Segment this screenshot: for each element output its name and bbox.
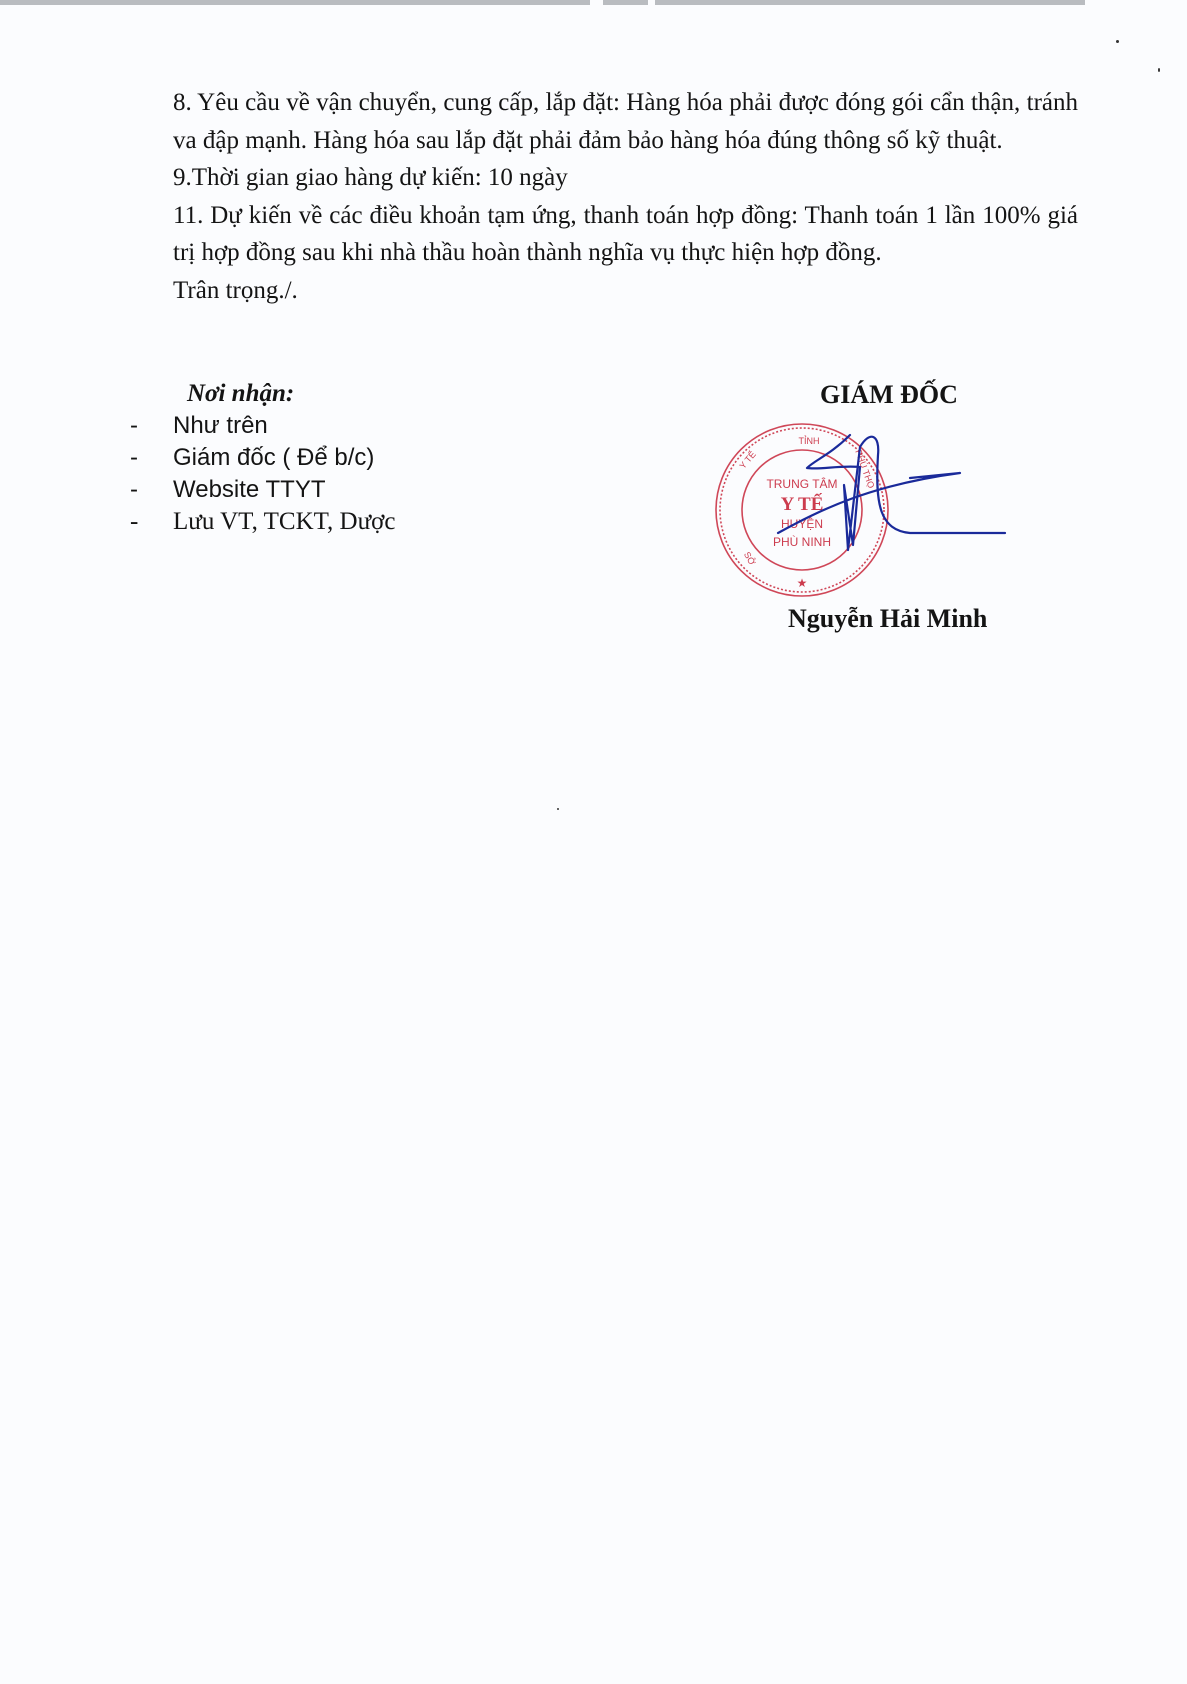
bullet-dash: - <box>130 442 173 474</box>
document-body: 8. Yêu cầu về vận chuyển, cung cấp, lắp … <box>173 84 1078 309</box>
svg-text:★: ★ <box>797 576 808 590</box>
svg-text:SỞ: SỞ <box>742 550 759 568</box>
recipients-section: Nơi nhận: -Như trên -Giám đốc ( Để b/c) … <box>130 378 395 538</box>
recipient-item: -Giám đốc ( Để b/c) <box>130 442 395 474</box>
closing-salutation: Trân trọng./. <box>173 272 1078 310</box>
paragraph-delivery-time: 9.Thời gian giao hàng dự kiến: 10 ngày <box>173 159 1078 197</box>
bullet-dash: - <box>130 506 173 538</box>
paragraph-delivery-requirements: 8. Yêu cầu về vận chuyển, cung cấp, lắp … <box>173 84 1078 159</box>
recipient-item: -Website TTYT <box>130 474 395 506</box>
recipients-title: Nơi nhận: <box>187 378 395 410</box>
handwritten-signature-icon <box>760 425 1010 565</box>
recipients-list: -Như trên -Giám đốc ( Để b/c) -Website T… <box>130 410 395 538</box>
bullet-dash: - <box>130 410 173 442</box>
scan-artifact-bar <box>0 0 590 5</box>
bullet-dash: - <box>130 474 173 506</box>
signatory-title: GIÁM ĐỐC <box>820 380 958 410</box>
scan-artifact-bar <box>603 0 648 5</box>
paragraph-payment-terms: 11. Dự kiến về các điều khoản tạm ứng, t… <box>173 197 1078 272</box>
scan-speck <box>557 808 559 810</box>
scan-speck <box>1158 68 1160 72</box>
svg-text:Y TẾ: Y TẾ <box>738 449 758 471</box>
scan-artifact-bar <box>655 0 1085 5</box>
recipient-item: -Lưu VT, TCKT, Dược <box>130 506 395 538</box>
signatory-name: Nguyễn Hải Minh <box>788 604 987 634</box>
scan-speck <box>1116 40 1119 43</box>
recipient-item: -Như trên <box>130 410 395 442</box>
